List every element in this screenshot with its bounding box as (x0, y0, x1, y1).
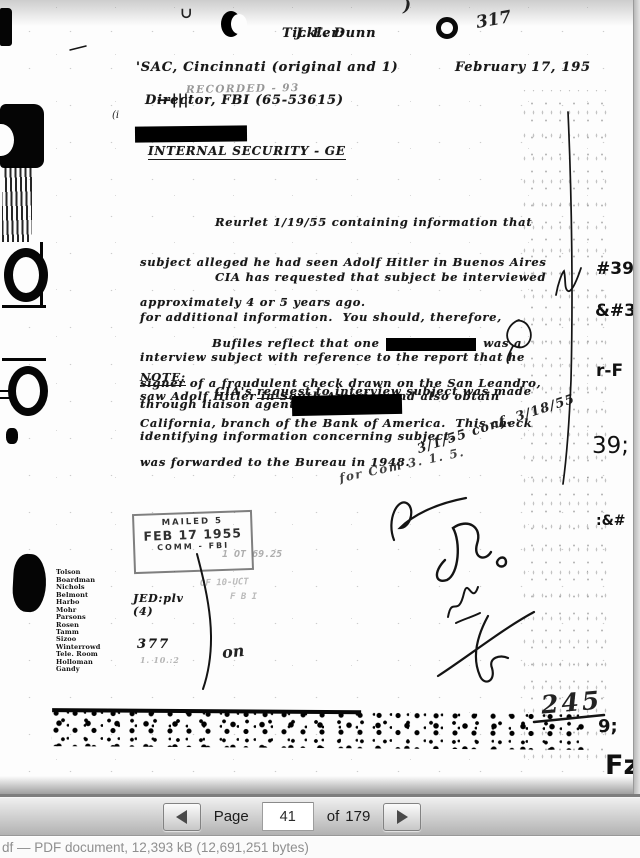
page-total-group: of 179 (327, 808, 371, 825)
faint-stamp-1: 1 OT 69.25 (222, 549, 282, 560)
page-navigation-toolbar: Page of 179 (0, 797, 640, 836)
subject-line: INTERNAL SECURITY - GE (148, 144, 346, 160)
document-info-text: df — PDF document, 12,393 kB (12,691,251… (2, 840, 309, 855)
para2-line1: CIA has requested that subject be interv… (140, 271, 546, 284)
mailed-date-stamp: MAILED 5 FEB 17 1955 COMM - FBI (132, 510, 254, 574)
cursive-on-mark: on (221, 641, 245, 662)
note-line2: through liaison agent (140, 398, 300, 411)
scan-mark-u-top: ∪ (180, 4, 193, 22)
handwritten-377: 377 (137, 638, 170, 651)
entity-fragment-3: r-F (596, 361, 623, 381)
signature-1 (391, 498, 466, 540)
redaction-bar-2 (386, 338, 476, 351)
punch-line-top (2, 305, 46, 308)
addressee-line: 'SAC, Cincinnati (original and 1) (136, 61, 398, 74)
copies-count: (4) (133, 605, 153, 618)
para1-line1: Reurlet 1/19/55 containing information t… (140, 216, 547, 229)
of-label: of (327, 808, 340, 825)
vertical-pen-line (563, 112, 572, 484)
entity-fragment-4: 39; (592, 433, 629, 459)
paren-mark: ) (403, 0, 411, 16)
para3-line4: was forwarded to the Bureau in 1948. (140, 456, 541, 469)
routing-row: Gandy (56, 666, 114, 673)
handwritten-paren-i: (i (112, 110, 119, 121)
from-text: Director, FBI (65-53615) (145, 94, 344, 107)
punch-bar-top (40, 242, 43, 308)
redaction-bar-1 (135, 125, 247, 142)
faint-number: 1. 10.:2 (140, 654, 180, 667)
para3-line1: Bufiles reflect that one was a (140, 337, 541, 350)
tickler-label: Tickler: (282, 27, 344, 40)
scan-mark-small (6, 428, 18, 444)
page-bottom-shadow (0, 776, 640, 794)
punch-tick-2 (0, 397, 10, 399)
ring-mark (436, 17, 458, 39)
scan-noise-band (52, 708, 584, 750)
previous-page-button[interactable] (163, 803, 201, 831)
total-pages: 179 (345, 808, 370, 825)
punch-tick-1 (0, 390, 12, 392)
faint-stamp-2: OF 10-UCT (200, 577, 249, 589)
previous-page-icon (176, 810, 187, 824)
small-dash-mark (70, 46, 86, 50)
note-label: NOTE: (140, 370, 186, 386)
scan-top-shading (0, 0, 640, 26)
scrollbar[interactable] (633, 0, 640, 794)
handwritten-u-mark (556, 268, 581, 295)
signature-4 (438, 612, 534, 682)
typist-initials: JED:plv (133, 592, 184, 605)
pdf-viewer-window: ∪ ) 317 Tickler:J. E. Dunn 'SAC, Cincinn… (0, 0, 640, 858)
para3-pre-text: Bufiles reflect that one (212, 337, 384, 350)
entity-fragment-6: 9; (598, 716, 618, 737)
status-bar: df — PDF document, 12,393 kB (12,691,251… (0, 837, 640, 858)
routing-list: Tolson Boardman Nichols Belmont Harbo Mo… (56, 569, 114, 673)
page-label: Page (214, 808, 249, 825)
para3-post-text: was a (478, 337, 522, 350)
scan-blob-topleft (0, 8, 12, 46)
next-page-button[interactable] (383, 803, 421, 831)
punch-line-bottom (2, 358, 46, 361)
scan-blob-b (12, 553, 48, 613)
punch-hole-bottom (8, 366, 48, 416)
note-post: subject was made (402, 384, 532, 398)
note-pre: CIA's (215, 384, 257, 398)
date-line: February 17, 195 (455, 61, 591, 74)
entity-fragment-5: :&# (596, 513, 626, 529)
next-page-icon (397, 810, 408, 824)
from-line: Director, FBI (65-53615)—||| (145, 94, 189, 107)
pdf-page-canvas: ∪ ) 317 Tickler:J. E. Dunn 'SAC, Cincinn… (0, 0, 640, 794)
curved-pen-stroke (197, 554, 211, 689)
redaction-bar-3 (292, 394, 402, 416)
scan-streaks (2, 166, 32, 242)
faint-stamp-3: F B I (230, 592, 257, 602)
crescent-mark-cutout (231, 14, 247, 34)
signature-2 (437, 524, 506, 581)
tickler-line: Tickler:J. E. Dunn (282, 27, 376, 40)
signature-3 (448, 587, 480, 623)
page-number-input[interactable] (262, 802, 314, 831)
